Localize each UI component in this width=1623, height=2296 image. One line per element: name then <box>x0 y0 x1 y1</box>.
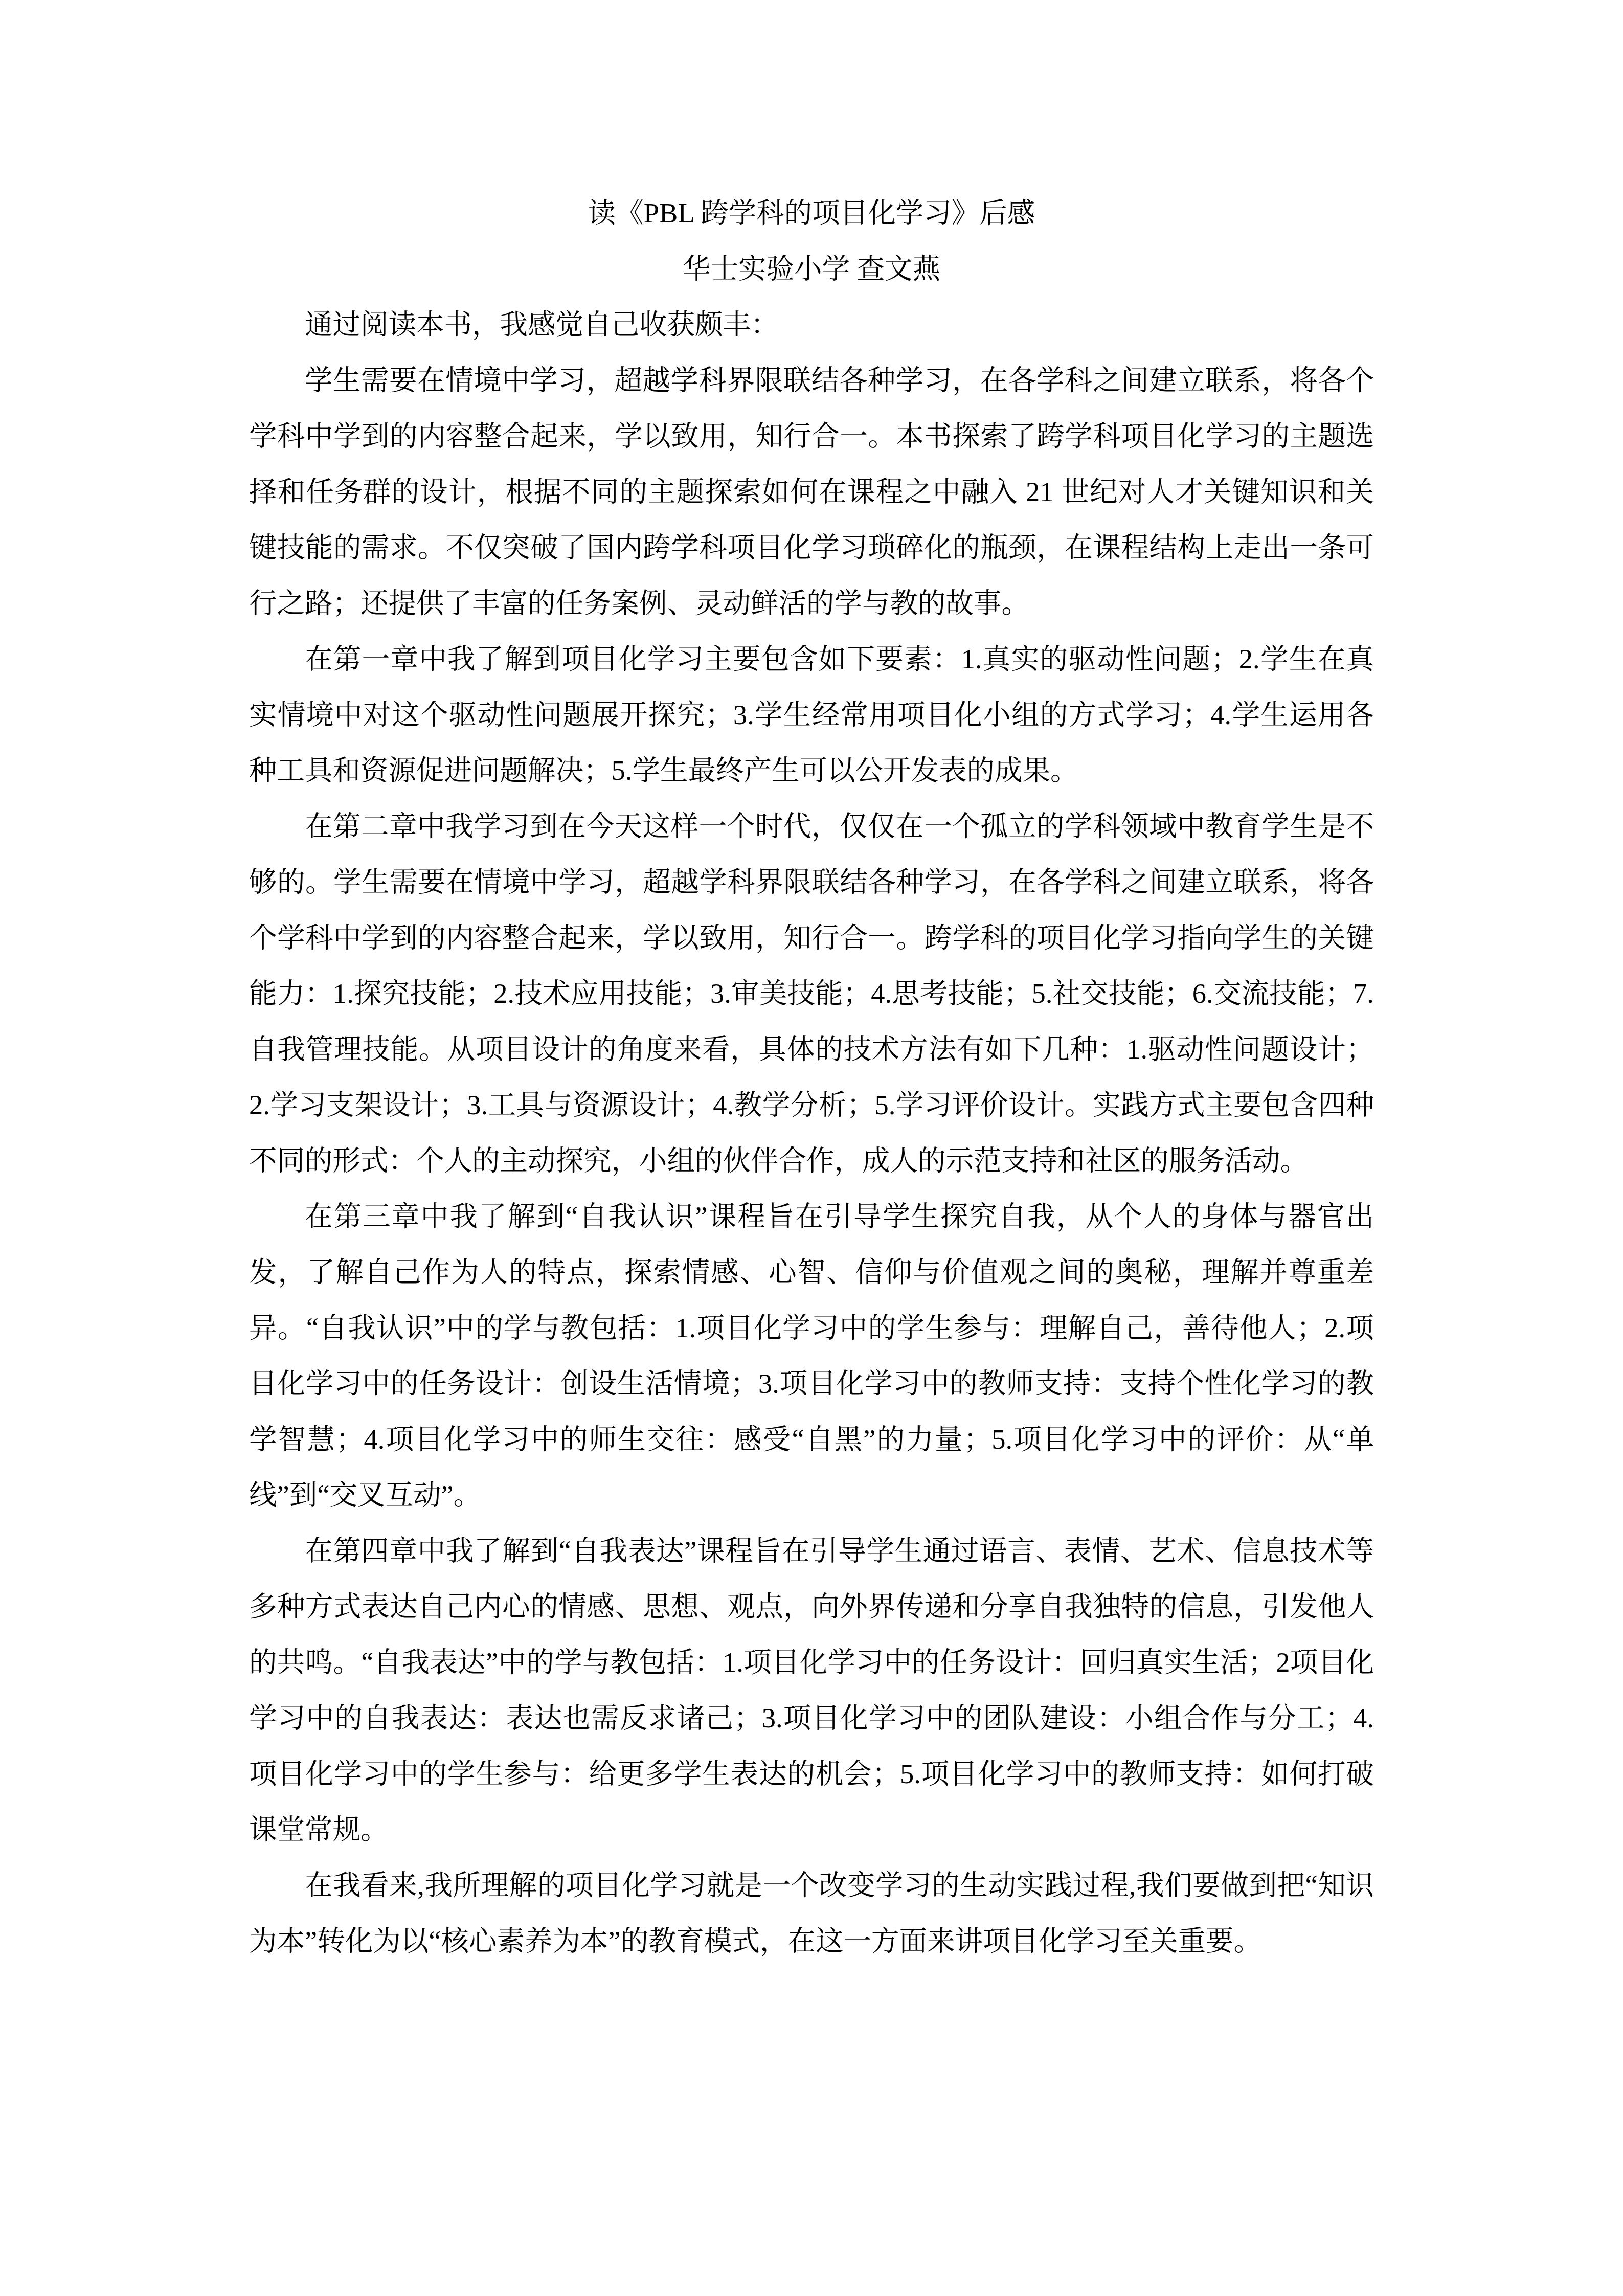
paragraph-chapter-3: 在第三章中我了解到“自我认识”课程旨在引导学生探究自我，从个人的身体与器官出发，… <box>249 1188 1374 1523</box>
document-page: 读《PBL 跨学科的项目化学习》后感 华士实验小学 查文燕 通过阅读本书，我感觉… <box>0 0 1623 2296</box>
document-content: 读《PBL 跨学科的项目化学习》后感 华士实验小学 查文燕 通过阅读本书，我感觉… <box>249 185 1374 1969</box>
paragraph-chapter-1: 在第一章中我了解到项目化学习主要包含如下要素：1.真实的驱动性问题；2.学生在真… <box>249 631 1374 798</box>
document-byline: 华士实验小学 查文燕 <box>249 241 1374 297</box>
paragraph-intro: 通过阅读本书，我感觉自己收获颇丰： <box>249 297 1374 352</box>
paragraph-chapter-2: 在第二章中我学习到在今天这样一个时代，仅仅在一个孤立的学科领域中教育学生是不够的… <box>249 798 1374 1188</box>
paragraph-conclusion: 在我看来,我所理解的项目化学习就是一个改变学习的生动实践过程,我们要做到把“知识… <box>249 1857 1374 1969</box>
paragraph-overview: 学生需要在情境中学习，超越学科界限联结各种学习，在各学科之间建立联系，将各个学科… <box>249 352 1374 631</box>
document-title: 读《PBL 跨学科的项目化学习》后感 <box>249 185 1374 241</box>
paragraph-chapter-4: 在第四章中我了解到“自我表达”课程旨在引导学生通过语言、表情、艺术、信息技术等多… <box>249 1523 1374 1857</box>
